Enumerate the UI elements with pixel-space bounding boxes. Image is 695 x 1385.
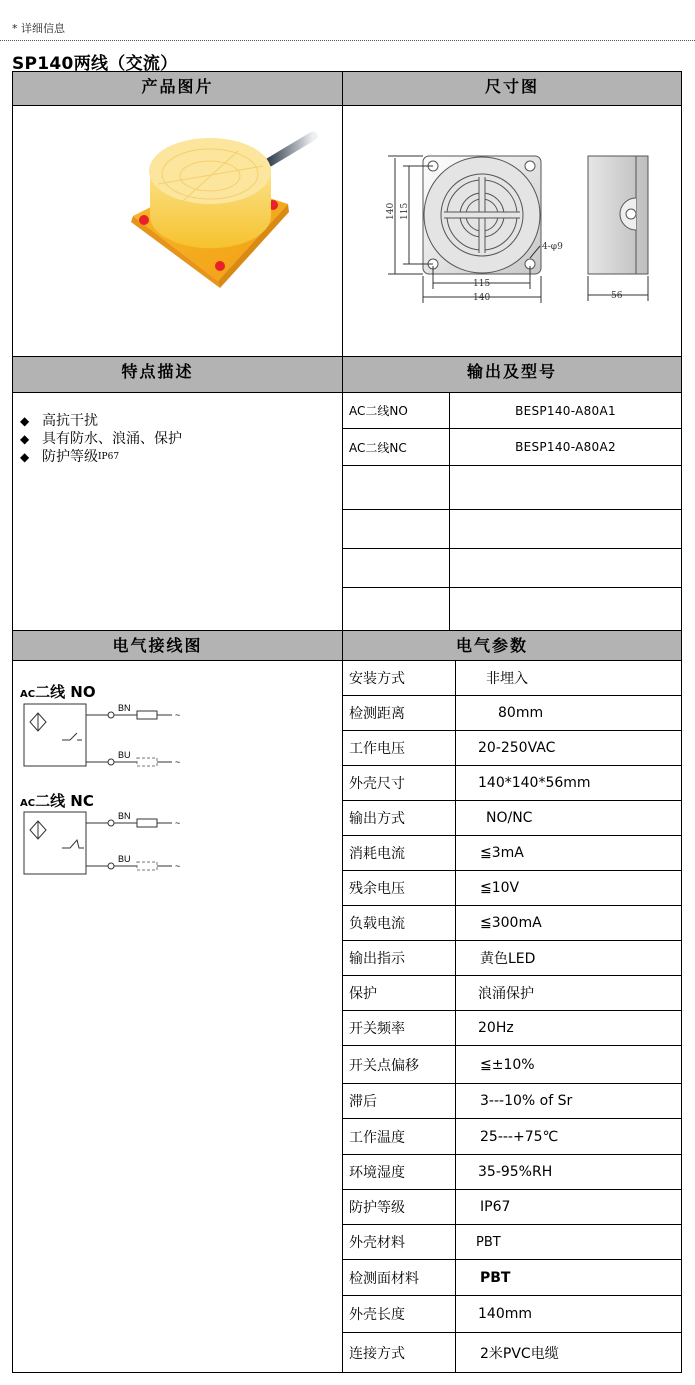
- feature-item: ◆ 具有防水、浪涌、保护: [20, 430, 182, 448]
- param-value: 2米PVC电缆: [456, 1333, 681, 1372]
- param-row: 外壳尺寸140*140*56mm: [342, 766, 682, 801]
- param-value: 80mm: [456, 696, 681, 730]
- param-row: 安装方式非埋入: [342, 660, 682, 696]
- param-row: 开关点偏移≦±10%: [342, 1046, 682, 1084]
- dim-width-outer: 140: [473, 293, 490, 303]
- load-dashed-icon: [137, 758, 157, 766]
- model-type: [343, 588, 450, 630]
- model-type: [343, 549, 450, 587]
- wiring-no-title: AC二线 NO: [20, 681, 96, 702]
- param-value: 20-250VAC: [456, 731, 681, 765]
- param-row: 输出方式NO/NC: [342, 801, 682, 836]
- model-row: [342, 509, 682, 549]
- dim-hole: 4-φ9: [542, 242, 563, 252]
- param-name: 残余电压: [343, 871, 456, 905]
- wire-bu-label: BU: [118, 854, 131, 864]
- model-type: AC二线NO: [343, 393, 450, 428]
- model-row: AC二线NC BESP140-A80A2: [342, 428, 682, 466]
- param-value: 浪涌保护: [456, 976, 681, 1010]
- param-row: 负载电流≦300mA: [342, 906, 682, 941]
- param-name: 滞后: [343, 1084, 456, 1118]
- dim-height-outer: 140: [386, 203, 396, 220]
- param-name: 保护: [343, 976, 456, 1010]
- wire-bn-label: BN: [118, 703, 131, 713]
- product-photo: [13, 106, 342, 356]
- param-value: 黄色LED: [456, 941, 681, 975]
- param-name: 开关点偏移: [343, 1046, 456, 1083]
- dim-depth: 56: [611, 291, 623, 301]
- wiring-diagram-nc: BN ~ BU ~: [22, 808, 192, 880]
- ac-terminal-label: ~: [175, 818, 180, 828]
- param-value: 25---+75℃: [456, 1119, 681, 1154]
- param-row: 工作温度25---+75℃: [342, 1119, 682, 1155]
- param-row: 工作电压20-250VAC: [342, 731, 682, 766]
- dim-height-inner: 115: [400, 203, 410, 220]
- param-name: 检测面材料: [343, 1260, 456, 1295]
- param-value: 20Hz: [456, 1011, 681, 1045]
- load-resistor-icon: [137, 711, 157, 719]
- param-row: 滞后3---10% of Sr: [342, 1084, 682, 1119]
- param-row: 外壳材料PBT: [342, 1225, 682, 1260]
- model-row: [342, 465, 682, 510]
- param-row: 连接方式2米PVC电缆: [342, 1333, 682, 1373]
- model-type: AC二线NC: [343, 429, 450, 465]
- load-resistor-icon: [137, 819, 157, 827]
- param-row: 残余电压≦10V: [342, 871, 682, 906]
- wiring-header-label: 电气接线图: [112, 633, 202, 656]
- param-name: 连接方式: [343, 1333, 456, 1372]
- param-row: 输出指示黄色LED: [342, 941, 682, 976]
- diamond-bullet-icon: ◆: [20, 412, 32, 430]
- param-row: 防护等级IP67: [342, 1190, 682, 1225]
- load-dashed-icon: [137, 862, 157, 870]
- product-image-cell: [12, 105, 343, 357]
- param-row: 外壳长度140mm: [342, 1296, 682, 1333]
- wiring-header: 电气接线图: [12, 630, 343, 661]
- features-header-label: 特点描述: [121, 359, 193, 382]
- product-image-header-label: 产品图片: [141, 74, 213, 97]
- model-type: [343, 466, 450, 509]
- param-value: ≦300mA: [456, 906, 681, 940]
- feature-item: ◆ 高抗干扰: [20, 412, 182, 430]
- param-value: ≦3mA: [456, 836, 681, 870]
- feature-item: ◆ 防护等级IP67: [20, 448, 182, 466]
- param-value: NO/NC: [456, 801, 681, 835]
- param-value: 35-95%RH: [456, 1155, 681, 1189]
- params-header-label: 电气参数: [456, 633, 528, 656]
- ac-terminal-label: ~: [175, 861, 180, 871]
- diamond-bullet-icon: ◆: [20, 448, 32, 466]
- model-type: [343, 510, 450, 548]
- dimension-drawing-cell: 140 115 115 140 4-φ9 56: [342, 105, 682, 357]
- ac-terminal-label: ~: [175, 757, 180, 767]
- feature-text: 高抗干扰: [42, 412, 98, 430]
- dimension-drawing: 140 115 115 140 4-φ9 56: [343, 106, 681, 356]
- param-name: 输出方式: [343, 801, 456, 835]
- param-row: 开关频率20Hz: [342, 1011, 682, 1046]
- model-number: BESP140-A80A2: [450, 440, 681, 454]
- param-name: 消耗电流: [343, 836, 456, 870]
- wiring-prefix: AC: [20, 689, 35, 700]
- param-name: 安装方式: [343, 660, 456, 695]
- model-row: [342, 587, 682, 631]
- breadcrumb: * 详细信息: [12, 20, 65, 36]
- model-row: [342, 548, 682, 588]
- feature-text: 具有防水、浪涌、保护: [42, 430, 182, 448]
- models-header: 输出及型号: [342, 356, 682, 393]
- dim-width-inner: 115: [473, 279, 490, 289]
- features-header: 特点描述: [12, 356, 343, 393]
- param-row: 检测面材料PBT: [342, 1260, 682, 1296]
- wire-bu-label: BU: [118, 750, 131, 760]
- param-name: 外壳尺寸: [343, 766, 456, 800]
- ac-terminal-label: ~: [175, 710, 180, 720]
- model-number: BESP140-A80A1: [450, 404, 681, 418]
- param-name: 工作电压: [343, 731, 456, 765]
- features-list: ◆ 高抗干扰 ◆ 具有防水、浪涌、保护 ◆ 防护等级IP67: [20, 412, 182, 466]
- param-row: 检测距离80mm: [342, 696, 682, 731]
- param-value: 140*140*56mm: [456, 766, 681, 800]
- dimension-header: 尺寸图: [342, 71, 682, 106]
- param-name: 输出指示: [343, 941, 456, 975]
- param-value: ≦±10%: [456, 1046, 681, 1083]
- param-name: 外壳材料: [343, 1225, 456, 1259]
- param-value: PBT: [456, 1225, 681, 1259]
- params-header: 电气参数: [342, 630, 682, 661]
- param-value: ≦10V: [456, 871, 681, 905]
- param-row: 消耗电流≦3mA: [342, 836, 682, 871]
- param-value: 非埋入: [456, 660, 681, 695]
- wire-bn-label: BN: [118, 811, 131, 821]
- param-value: PBT: [456, 1260, 681, 1295]
- dimension-header-label: 尺寸图: [485, 74, 539, 97]
- feature-text: 防护等级: [42, 448, 98, 466]
- product-image-header: 产品图片: [12, 71, 343, 106]
- wiring-label: 二线 NO: [35, 683, 96, 701]
- param-name: 负载电流: [343, 906, 456, 940]
- models-header-label: 输出及型号: [467, 359, 557, 382]
- param-name: 检测距离: [343, 696, 456, 730]
- param-name: 外壳长度: [343, 1296, 456, 1332]
- wiring-diagram-no: BN ~ BU ~: [22, 700, 192, 772]
- param-name: 环境湿度: [343, 1155, 456, 1189]
- feature-suffix: IP67: [98, 448, 119, 466]
- param-value: 140mm: [456, 1296, 681, 1332]
- param-name: 工作温度: [343, 1119, 456, 1154]
- param-name: 开关频率: [343, 1011, 456, 1045]
- param-row: 保护浪涌保护: [342, 976, 682, 1011]
- dotted-divider: [0, 40, 695, 41]
- param-value: IP67: [456, 1190, 681, 1224]
- param-name: 防护等级: [343, 1190, 456, 1224]
- param-value: 3---10% of Sr: [456, 1084, 681, 1118]
- param-row: 环境湿度35-95%RH: [342, 1155, 682, 1190]
- model-row: AC二线NO BESP140-A80A1: [342, 392, 682, 429]
- diamond-bullet-icon: ◆: [20, 430, 32, 448]
